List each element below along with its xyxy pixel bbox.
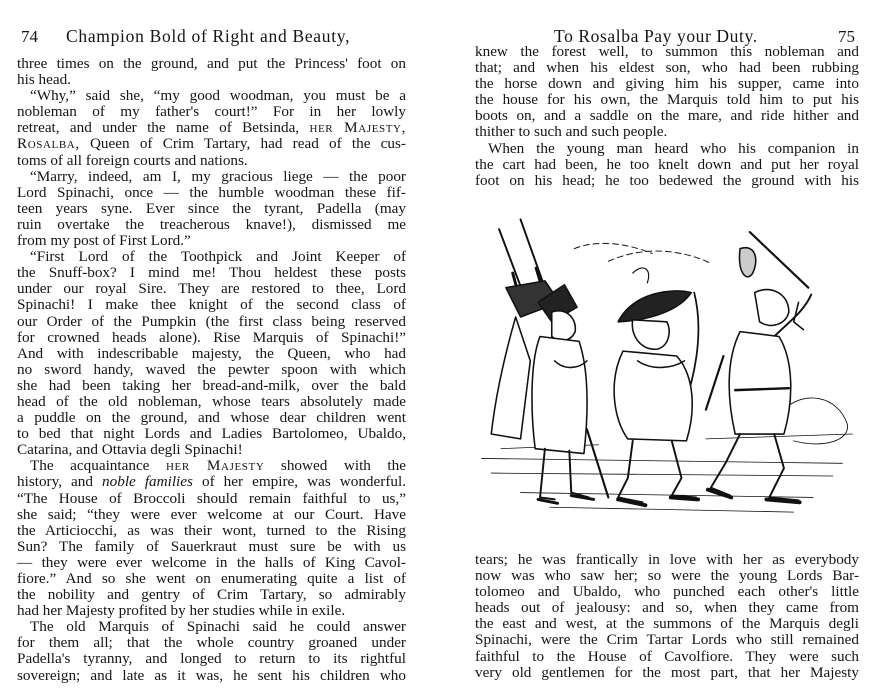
text-line: under our royal Sire. They are restored … [17,281,406,297]
text-line: nobleman of my father's court!” For in h… [17,104,406,120]
text-line: The old Marquis of Spinachi said he coul… [17,619,406,635]
text-line: knew the forest well, to summon this nob… [475,44,859,60]
small-caps-run: her Majesty [166,457,264,474]
text-run: retreat, and under the name of Betsinda, [17,119,309,136]
text-line: our Order of the Pumpkin (the first clas… [17,314,406,330]
text-line: to bed that night Lords and Ladies Barto… [17,426,406,442]
small-caps-run: her Majesty, [309,119,406,136]
text-line: the Snuff-box? I mind me! Thou heldest t… [17,265,406,281]
text-line: very old gentlemen for the most part, th… [475,665,859,681]
text-line: Spinachi, were the Crim Tartar Lords who… [475,632,859,648]
text-line: tolomeo and Ubaldo, who punched each oth… [475,584,859,600]
left-page: 74 Champion Bold of Right and Beauty, th… [0,0,440,699]
text-line: no sword handy, waved the pewter spoon w… [17,362,406,378]
text-line: Padella's tyranny, and longed to return … [17,651,406,667]
text-line: The acquaintance her Majesty showed with… [17,458,406,474]
text-run: history, and [17,473,102,490]
text-line: the house for his own, the Marquis told … [475,92,859,108]
body-text: three times on the ground, and put the P… [17,56,406,684]
text-line: a puddle on the ground, and whose dear c… [17,410,406,426]
text-line: the cart had been, he too knelt down and… [475,157,859,173]
text-line: faithful to the House of Cavolfiore. The… [475,649,859,665]
text-line: thither to such and such people. [475,124,859,140]
text-line: the east and west, at the summons of the… [475,616,859,632]
text-line: toms of all foreign courts and nations. [17,153,406,169]
text-line: history, and noble families of her empir… [17,474,406,490]
text-line: fiore.” And so she went on enumerating q… [17,571,406,587]
text-line: “Why,” said she, “my good woodman, you m… [17,88,406,104]
text-line: “Marry, indeed, am I, my gracious liege … [17,169,406,185]
engraving-illustration [462,213,862,538]
text-line: Catarina, and Ottavia degli Spinachi! [17,442,406,458]
body-text-top: knew the forest well, to summon this nob… [475,44,859,189]
text-line: tears; he was frantically in love with h… [475,552,859,568]
text-line: that; and when his eldest son, who had b… [475,60,859,76]
text-line: she said; “they were ever welcome at our… [17,507,406,523]
italic-run: noble families [102,473,193,490]
text-run: Queen of Crim Tartary, had read of the c… [80,135,406,152]
text-line: retreat, and under the name of Betsinda,… [17,120,406,136]
text-line: “The House of Broccoli should remain fai… [17,491,406,507]
text-run: The acquaintance [30,457,166,474]
text-line: for crowned heads alone). Rise Marquis o… [17,330,406,346]
text-line: three times on the ground, and put the P… [17,56,406,72]
page-number: 74 [21,27,38,47]
text-run: of her empire, was wonderful. [193,473,406,490]
text-line: Sun? The family of Sauerkraut must sure … [17,539,406,555]
text-line: now was who saw her; so were the young L… [475,568,859,584]
text-line: foot on his head; he too bedewed the gro… [475,173,859,189]
text-line: for them all; that the whole country gro… [17,635,406,651]
small-caps-run: Rosalba, [17,135,80,152]
text-line: ruin overtake the treacherous knave!), d… [17,217,406,233]
text-line: she had been taking her bread-and-milk, … [17,378,406,394]
text-run: showed with the [264,457,406,474]
text-line: heads out of jealousy: and so, when they… [475,600,859,616]
text-line: boots on, and a saddle on the mare, and … [475,108,859,124]
running-head: Champion Bold of Right and Beauty, [66,26,350,47]
text-line: And with indescribable majesty, the Quee… [17,346,406,362]
text-line: sovereign; and late as it was, he sent h… [17,668,406,684]
text-line: Rosalba, Queen of Crim Tartary, had read… [17,136,406,152]
text-line: head of the old nobleman, whose tears ab… [17,394,406,410]
text-line: the Articiocchi, as was their wont, turn… [17,523,406,539]
body-text-bottom: tears; he was frantically in love with h… [475,552,859,681]
text-line: teen years syne. Ever since the tyrant, … [17,201,406,217]
text-line: the nobility and gentry of Crim Tartary,… [17,587,406,603]
text-line: “First Lord of the Toothpick and Joint K… [17,249,406,265]
text-line: had her Majesty profited by her studies … [17,603,406,619]
text-line: his head. [17,72,406,88]
text-line: — they were ever welcome in the halls of… [17,555,406,571]
text-line: Spinachi! I make thee knight of the seco… [17,297,406,313]
text-line: the horse down and giving him his supper… [475,76,859,92]
text-line: Lord Spinachi, once — the humble woodman… [17,185,406,201]
text-line: from my post of First Lord.” [17,233,406,249]
book-spread: 74 Champion Bold of Right and Beauty, th… [0,0,880,699]
text-line: When the young man heard who his compani… [475,141,859,157]
right-page: To Rosalba Pay your Duty. 75 knew the fo… [440,0,880,699]
